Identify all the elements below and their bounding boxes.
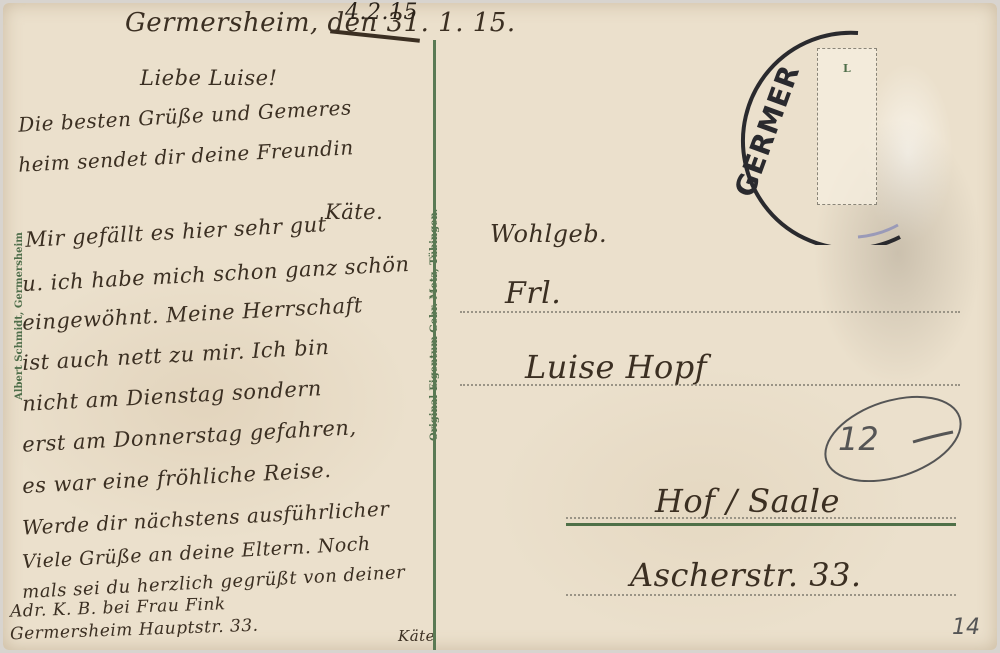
- message-line: Käte.: [325, 200, 383, 224]
- signature: Käte: [398, 627, 435, 645]
- center-divider-line: [433, 40, 436, 650]
- address-street: Ascherstr. 33.: [630, 556, 862, 594]
- address-dotted-line: [460, 311, 960, 313]
- address-city: Hof / Saale: [655, 482, 840, 520]
- date-correction: 4.2.15: [345, 0, 418, 25]
- address-title: Frl.: [505, 276, 561, 311]
- publisher-left: Albert Schmidt, Germersheim: [14, 232, 25, 400]
- address-name: Luise Hopf: [525, 348, 707, 386]
- city-underline: [566, 523, 956, 526]
- stamp-area-label: L: [843, 62, 851, 75]
- salutation: Liebe Luise!: [140, 66, 277, 90]
- corner-pencil-number: 14: [952, 615, 980, 640]
- address-dotted-line: [566, 594, 956, 596]
- place-date: Germersheim, den 31. 1. 15.: [125, 8, 516, 38]
- address-honorific: Wohlgeb.: [490, 220, 607, 248]
- circled-number: 12: [838, 420, 879, 458]
